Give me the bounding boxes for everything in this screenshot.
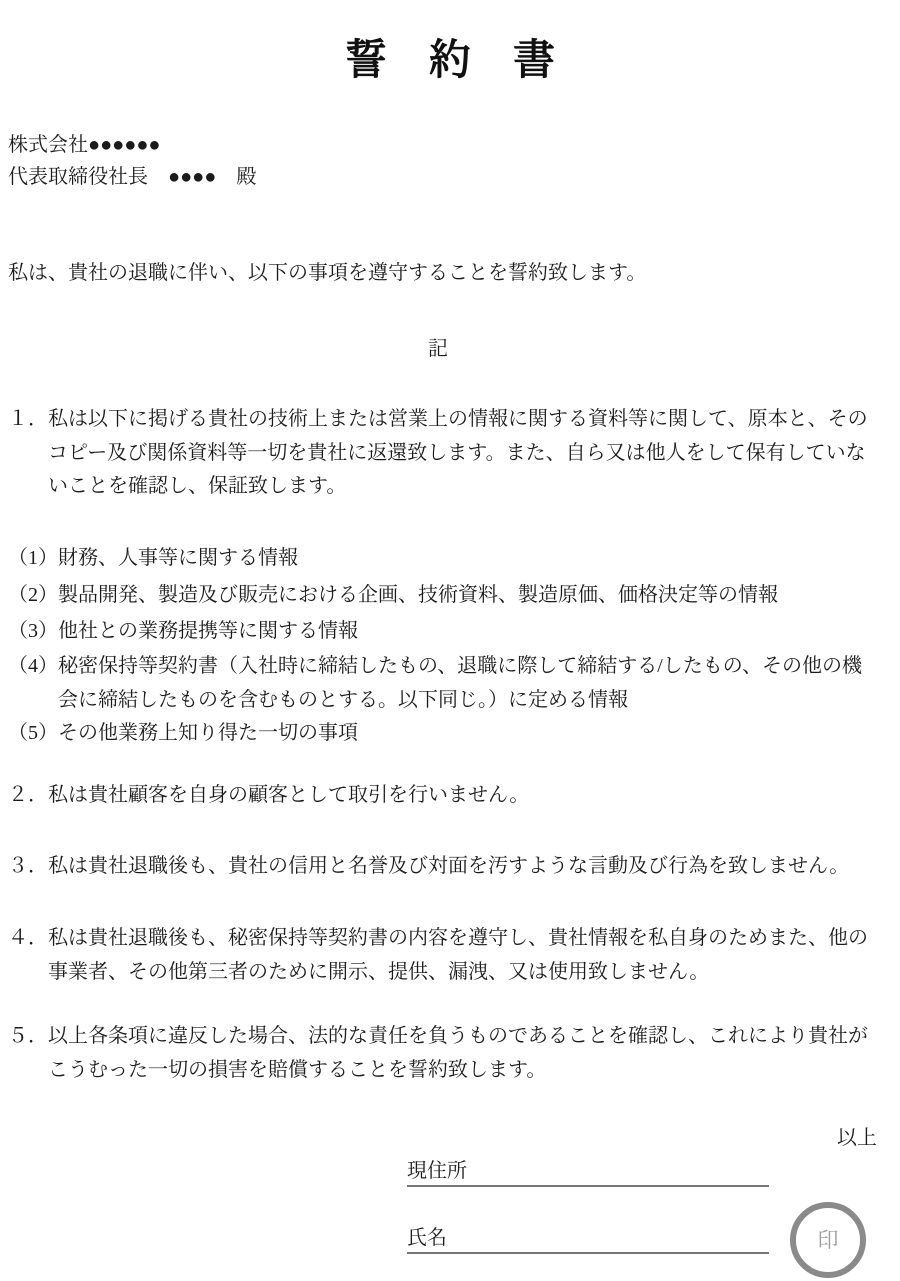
article-5-text: 以上各条項に違反した場合、法的な責任を負うものであることを確認し、これにより貴社… (48, 1020, 896, 1087)
address-field-row: 現住所 (407, 1157, 769, 1187)
confidential-item-3-text: 他社との業務提携等に関する情報 (58, 615, 896, 649)
article-1-text: 私は以下に掲げる貴社の技術上または営業上の情報に関する資料等に関して、原本と、そ… (48, 403, 896, 504)
article-3-text: 私は貴社退職後も、貴社の信用と名誉及び対面を汚すような言動及び行為を致しません。 (48, 850, 896, 884)
name-field-row: 氏名 (407, 1224, 769, 1254)
seal-circle: 印 (790, 1202, 866, 1278)
article-5-number: ５． (8, 1020, 48, 1054)
addressee-company: 株式会社●●●●●● (8, 129, 160, 163)
article-4: ４． 私は貴社退職後も、秘密保持等契約書の内容を遵守し、貴社情報を私自身のためま… (8, 922, 896, 989)
seal-label: 印 (818, 1230, 839, 1251)
article-5: ５． 以上各条項に違反した場合、法的な責任を負うものであることを確認し、これによ… (8, 1020, 896, 1087)
article-1-number: １． (8, 403, 48, 437)
confidential-item-3-number: （3） (8, 615, 58, 649)
confidential-item-1-text: 財務、人事等に関する情報 (58, 542, 896, 576)
article-4-number: ４． (8, 922, 48, 956)
confidential-item-4-number: （4） (8, 650, 58, 684)
confidential-item-2: （2） 製品開発、製造及び販売における企画、技術資料、製造原価、価格決定等の情報 (8, 579, 896, 613)
confidential-item-4: （4） 秘密保持等契約書（入社時に締結したもの、退職に際して締結する/したもの、… (8, 650, 896, 717)
confidential-item-5-text: その他業務上知り得た一切の事項 (58, 717, 896, 751)
confidential-item-5-number: （5） (8, 717, 58, 751)
name-label: 氏名 (407, 1227, 447, 1249)
confidential-item-3: （3） 他社との業務提携等に関する情報 (8, 615, 896, 649)
article-2-text: 私は貴社顧客を自身の顧客として取引を行いません。 (48, 779, 896, 813)
article-2-number: ２． (8, 779, 48, 813)
confidential-item-4-text: 秘密保持等契約書（入社時に締結したもの、退職に際して締結する/したもの、その他の… (58, 650, 896, 717)
confidential-item-1: （1） 財務、人事等に関する情報 (8, 542, 896, 576)
pledge-document: 誓 約 書 株式会社●●●●●● 代表取締役社長 ●●●● 殿 私は、貴社の退職… (0, 0, 900, 1281)
addressee-representative: 代表取締役社長 ●●●● 殿 (8, 161, 256, 195)
article-3: ３． 私は貴社退職後も、貴社の信用と名誉及び対面を汚すような言動及び行為を致しま… (8, 850, 896, 884)
confidential-item-5: （5） その他業務上知り得た一切の事項 (8, 717, 896, 751)
article-1: １． 私は以下に掲げる貴社の技術上または営業上の情報に関する資料等に関して、原本… (8, 403, 896, 504)
article-2: ２． 私は貴社顧客を自身の顧客として取引を行いません。 (8, 779, 896, 813)
intro-paragraph: 私は、貴社の退職に伴い、以下の事項を遵守することを誓約致します。 (8, 257, 646, 291)
article-4-text: 私は貴社退職後も、秘密保持等契約書の内容を遵守し、貴社情報を私自身のためまた、他… (48, 922, 896, 989)
article-3-number: ３． (8, 850, 48, 884)
confidential-item-2-number: （2） (8, 579, 58, 613)
confidential-item-2-text: 製品開発、製造及び販売における企画、技術資料、製造原価、価格決定等の情報 (58, 579, 896, 613)
record-heading: 記 (428, 333, 448, 367)
confidential-item-1-number: （1） (8, 542, 58, 576)
document-title: 誓 約 書 (0, 36, 900, 86)
address-label: 現住所 (407, 1160, 467, 1182)
closing-ijou: 以上 (837, 1122, 877, 1156)
